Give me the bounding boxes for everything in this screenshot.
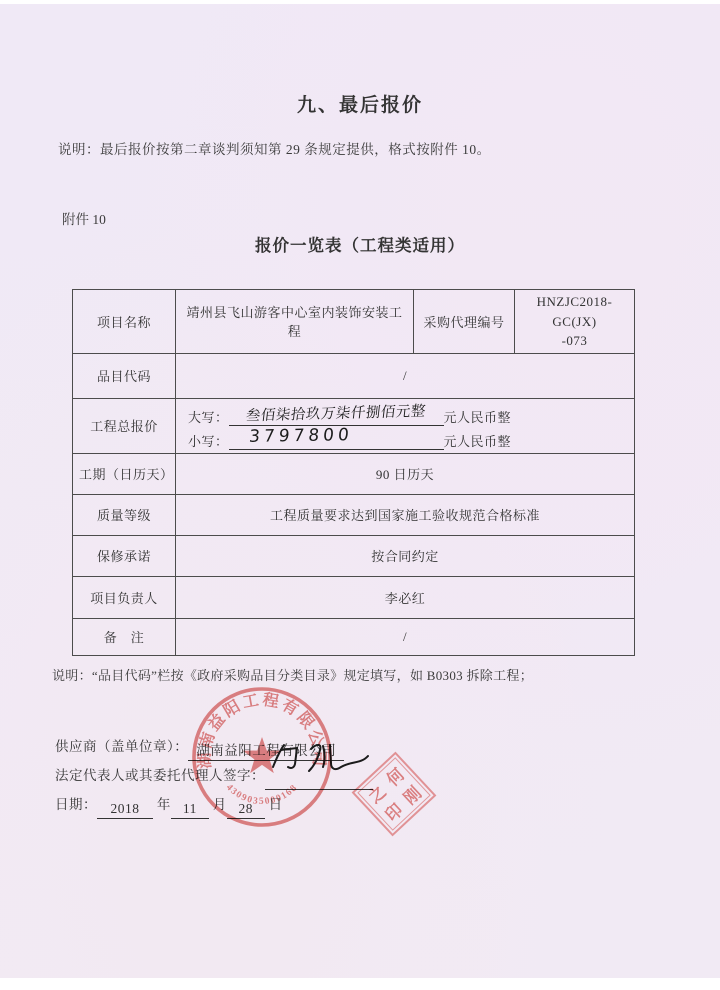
- table-row: 工程总报价 大写： 叁佰柒拾玖万柒仟捌佰元整 元人民币整 小写： 3797800…: [73, 398, 635, 453]
- table-row: 品目代码 /: [73, 353, 635, 398]
- project-name-value: 靖州县飞山游客中心室内装饰安装工程: [176, 290, 414, 354]
- date-label: 日期：: [55, 797, 97, 812]
- table-row: 质量等级 工程质量要求达到国家施工验收规范合格标准: [73, 494, 635, 535]
- date-day: 28: [227, 801, 265, 819]
- attachment-label: 附件 10: [62, 208, 106, 228]
- quotation-table: 项目名称 靖州县飞山游客中心室内装饰安装工程 采购代理编号 HNZJC2018-…: [72, 289, 635, 656]
- warranty-value: 按合同约定: [176, 535, 635, 576]
- agency-code-line2: -073: [521, 331, 628, 351]
- uppercase-label: 大写：: [188, 407, 229, 426]
- uppercase-amount-blank: 叁佰柒拾玖万柒仟捌佰元整: [229, 403, 444, 426]
- handwritten-uppercase-amount: 叁佰柒拾玖万柒仟捌佰元整: [245, 399, 427, 425]
- lowercase-suffix: 元人民币整: [444, 431, 512, 450]
- remark-value: /: [176, 618, 635, 655]
- total-price-label: 工程总报价: [73, 398, 176, 453]
- signature-block: 供应商（盖单位章）：湖南益阳工程有限公司 法定代表人或其委托代理人签字： 日期：…: [55, 732, 373, 819]
- table-row: 项目名称 靖州县飞山游客中心室内装饰安装工程 采购代理编号 HNZJC2018-…: [73, 290, 635, 354]
- quality-value: 工程质量要求达到国家施工验收规范合格标准: [176, 494, 635, 535]
- agency-code-line1: HNZJC2018-GC(JX): [521, 292, 628, 331]
- total-price-value: 大写： 叁佰柒拾玖万柒仟捌佰元整 元人民币整 小写： 3797800 元人民币整: [176, 398, 635, 453]
- table-row: 保修承诺 按合同约定: [73, 535, 635, 576]
- agency-code-label: 采购代理编号: [414, 290, 515, 354]
- duration-label: 工期（日历天）: [73, 453, 176, 494]
- year-suffix: 年: [157, 797, 171, 812]
- date-year: 2018: [97, 801, 153, 819]
- lowercase-amount-blank: 3797800: [229, 427, 444, 450]
- seal-char: 刚: [393, 776, 430, 813]
- table-row: 备 注 /: [73, 618, 635, 655]
- manager-label: 项目负责人: [73, 576, 176, 618]
- month-suffix: 月: [213, 797, 227, 812]
- handwritten-lowercase-amount: 3797800: [248, 425, 353, 447]
- table-title: 报价一览表（工程类适用）: [0, 232, 720, 256]
- scanned-page: 九、最后报价 说明：最后报价按第二章谈判须知第 29 条规定提供，格式按附件 1…: [0, 4, 720, 978]
- item-code-label: 品目代码: [73, 353, 176, 398]
- seal-char: 印: [375, 793, 412, 830]
- uppercase-price-line: 大写： 叁佰柒拾玖万柒仟捌佰元整 元人民币整: [188, 402, 628, 426]
- supplier-label: 供应商（盖单位章）：: [55, 739, 188, 754]
- date-month: 11: [171, 801, 209, 819]
- date-line: 日期：2018 年11 月28 日: [55, 790, 373, 819]
- remark-label: 备 注: [73, 618, 176, 655]
- day-suffix: 日: [269, 797, 283, 812]
- table-row: 项目负责人 李必红: [73, 576, 635, 618]
- manager-value: 李必红: [176, 576, 635, 618]
- lowercase-price-line: 小写： 3797800 元人民币整: [188, 426, 628, 450]
- lowercase-label: 小写：: [188, 431, 229, 450]
- handwritten-signature: [267, 737, 377, 783]
- seal-char: 何: [376, 758, 413, 795]
- footnote-text: 说明：“品目代码”栏按《政府采购品目分类目录》规定填写，如 B0303 拆除工程…: [52, 665, 692, 684]
- instruction-text: 说明：最后报价按第二章谈判须知第 29 条规定提供，格式按附件 10。: [58, 138, 678, 158]
- uppercase-suffix: 元人民币整: [444, 407, 512, 426]
- warranty-label: 保修承诺: [73, 535, 176, 576]
- signature-label: 法定代表人或其委托代理人签字：: [55, 768, 265, 783]
- agency-code-value: HNZJC2018-GC(JX) -073: [515, 290, 635, 354]
- project-name-label: 项目名称: [73, 290, 176, 354]
- item-code-value: /: [176, 353, 635, 398]
- table-row: 工期（日历天） 90 日历天: [73, 453, 635, 494]
- section-title: 九、最后报价: [0, 90, 720, 117]
- duration-value: 90 日历天: [176, 453, 635, 494]
- signature-line: 法定代表人或其委托代理人签字：: [55, 761, 373, 790]
- quality-label: 质量等级: [73, 494, 176, 535]
